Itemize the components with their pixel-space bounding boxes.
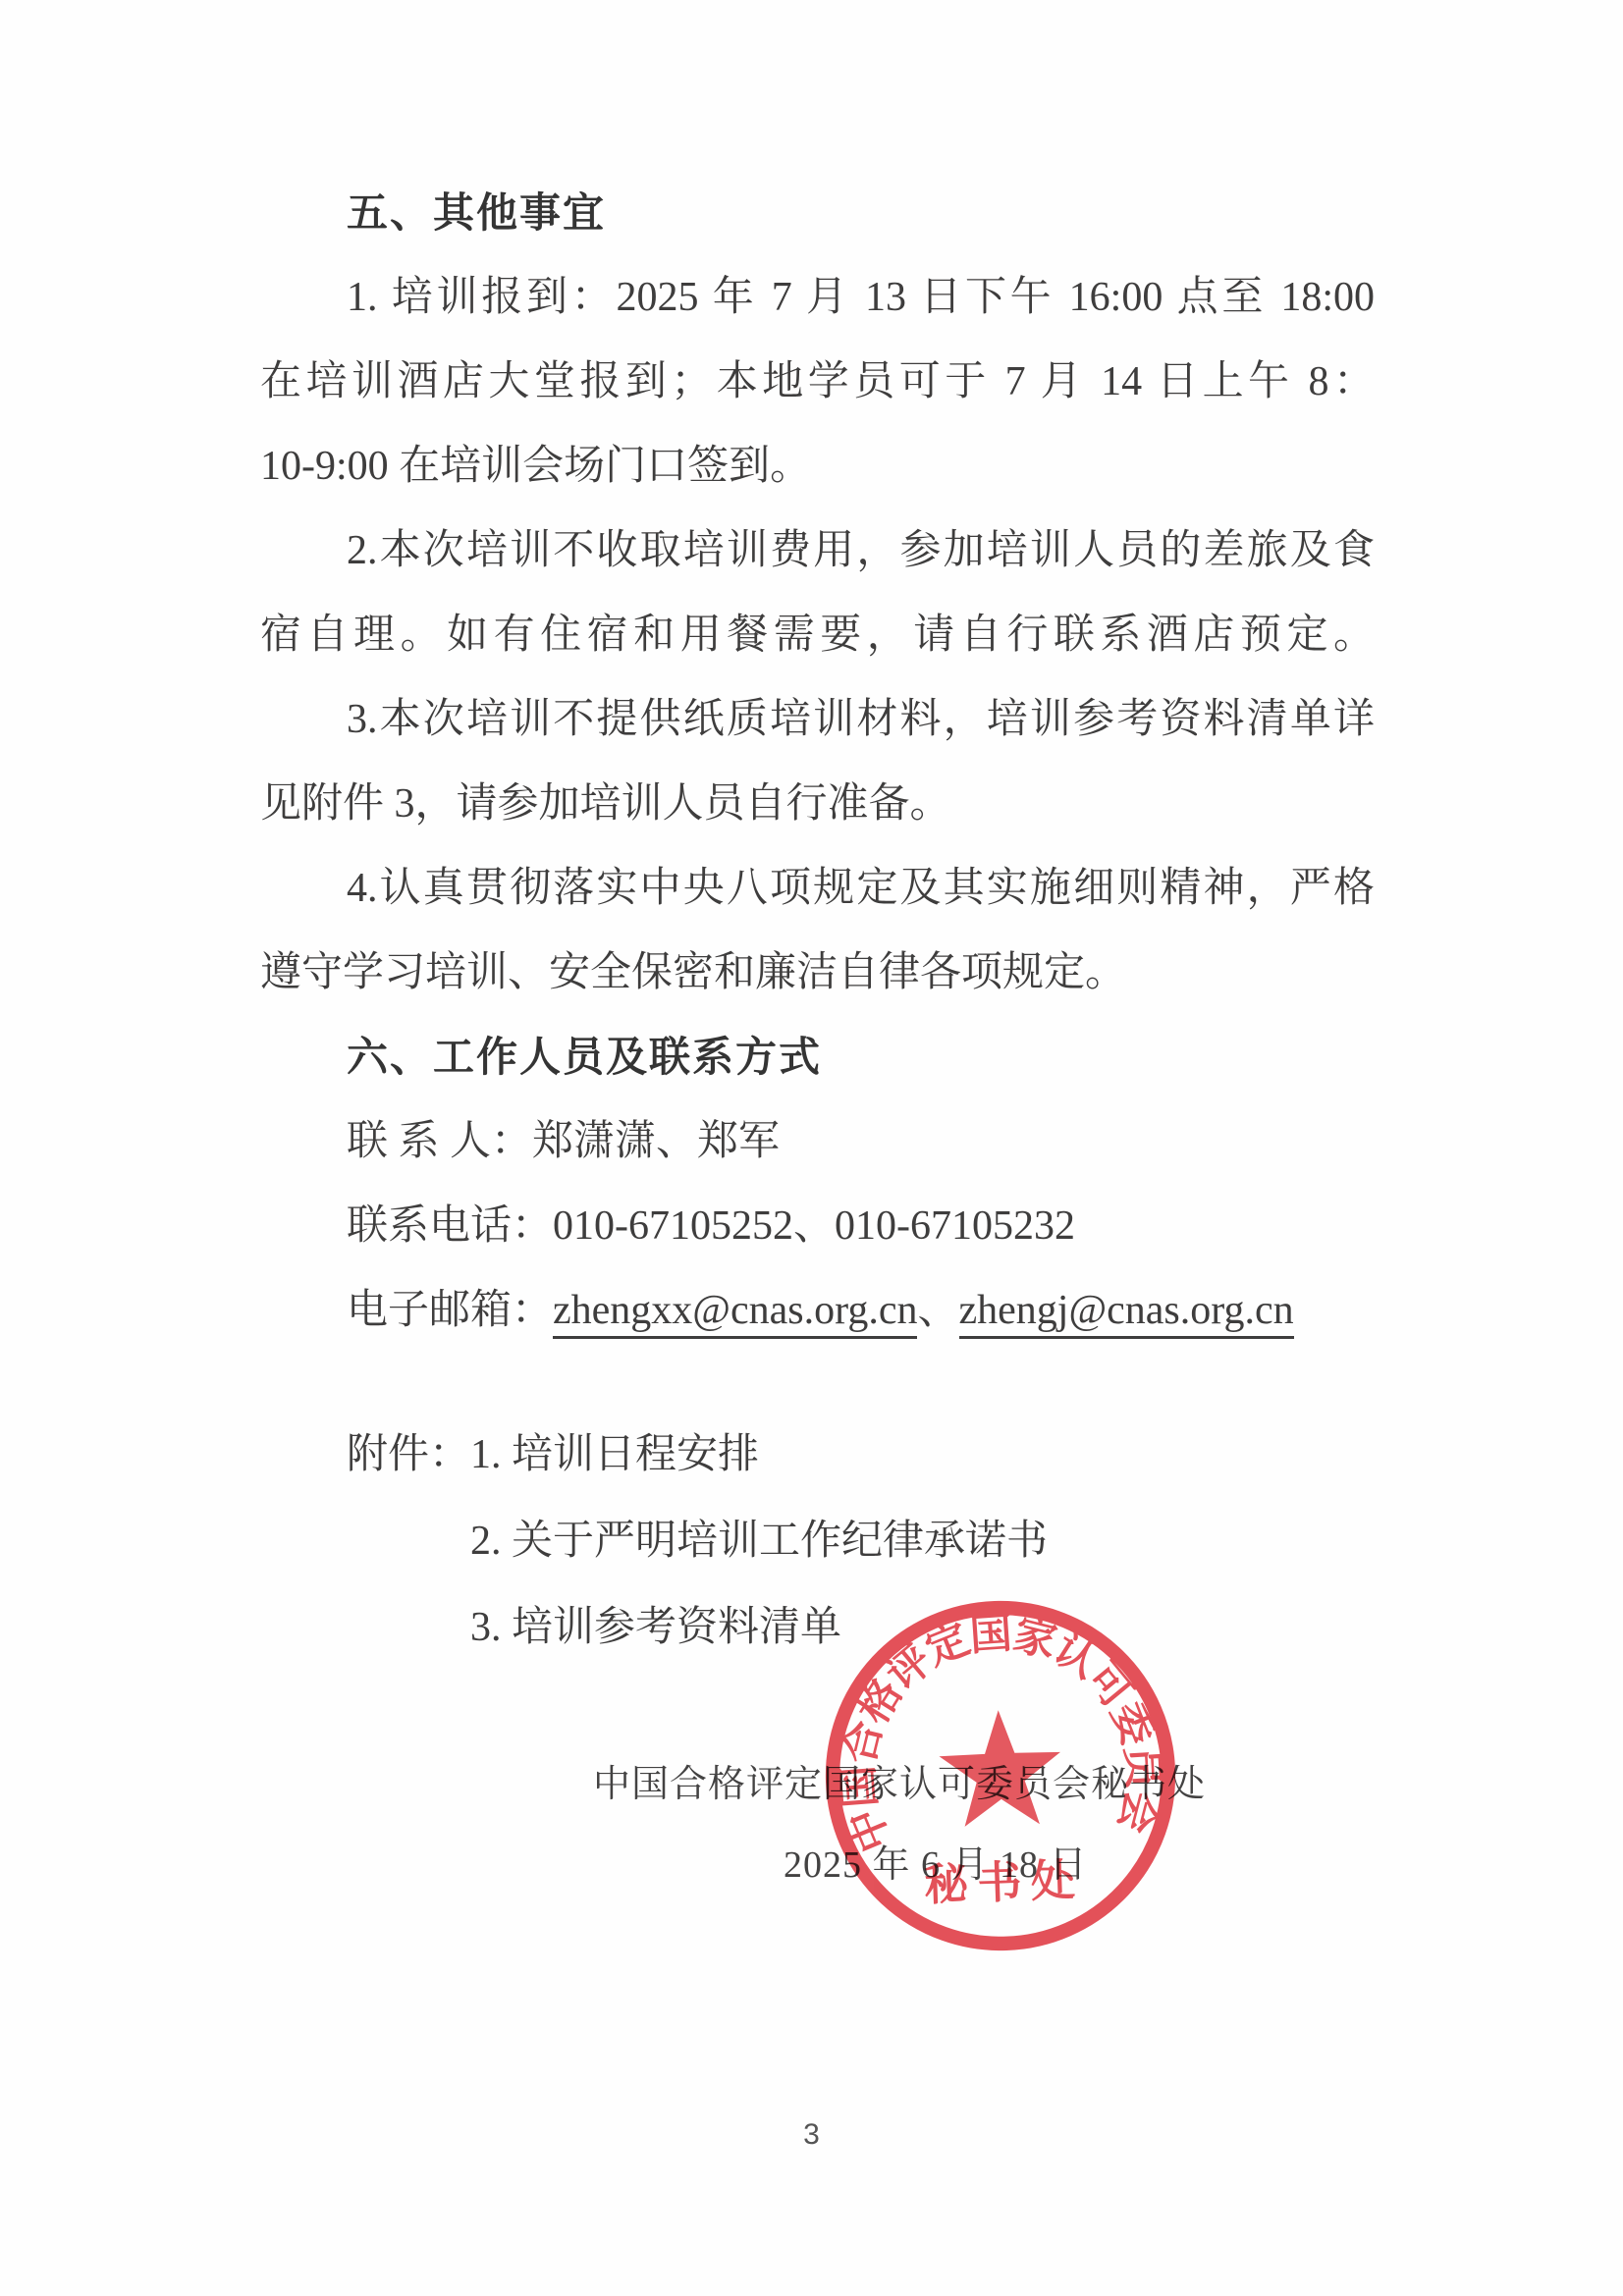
page-number: 3 xyxy=(0,2118,1623,2152)
official-seal: 中国合格评定国家认可委员会 秘书处 xyxy=(806,1581,1194,1969)
email-separator: 、 xyxy=(917,1288,958,1333)
email-address-2: zhengj@cnas.org.cn xyxy=(959,1288,1294,1339)
paragraph4-line2: 遵守学习培训、安全保密和廉洁自律各项规定。 xyxy=(260,942,1126,1003)
seal-star xyxy=(938,1708,1063,1828)
email-address-1: zhengxx@cnas.org.cn xyxy=(553,1288,917,1339)
paragraph1-line2: 在培训酒店大堂报到；本地学员可于 7 月 14 日上午 8： xyxy=(260,351,1375,412)
paragraph3-line1: 3.本次培训不提供纸质培训材料，培训参考资料清单详 xyxy=(347,689,1375,750)
paragraph1-line3: 10-9:00 在培训会场门口签到。 xyxy=(260,436,811,497)
section5-heading: 五、其他事宜 xyxy=(347,183,606,243)
attachment-item-2: 2. 关于严明培训工作纪律承诺书 xyxy=(470,1511,1048,1572)
paragraph4-line1: 4.认真贯彻落实中央八项规定及其实施细则精神，严格 xyxy=(347,858,1375,919)
seal-bottom-text: 秘书处 xyxy=(923,1854,1085,1910)
paragraph2-line2: 宿自理。如有住宿和用餐需要，请自行联系酒店预定。 xyxy=(260,605,1375,666)
email-label: 电子邮箱： xyxy=(347,1288,553,1333)
paragraph2-line1: 2.本次培训不收取培训费用，参加培训人员的差旅及食 xyxy=(347,520,1375,581)
attachment-item-3: 3. 培训参考资料清单 xyxy=(470,1597,841,1658)
document-page: 五、其他事宜 1. 培训报到：2025 年 7 月 13 日下午 16:00 点… xyxy=(0,0,1623,2296)
section6-heading: 六、工作人员及联系方式 xyxy=(347,1027,822,1088)
paragraph1-line1: 1. 培训报到：2025 年 7 月 13 日下午 16:00 点至 18:00 xyxy=(347,267,1375,328)
contact-person-line: 联 系 人：郑潇潇、郑军 xyxy=(347,1111,780,1172)
contact-phone-line: 联系电话：010-67105252、010-67105232 xyxy=(347,1196,1075,1256)
attachment-item-1: 附件：1. 培训日程安排 xyxy=(347,1424,759,1485)
contact-email-line: 电子邮箱：zhengxx@cnas.org.cn、zhengj@cnas.org… xyxy=(347,1280,1294,1341)
paragraph3-line2: 见附件 3，请参加培训人员自行准备。 xyxy=(260,774,951,834)
